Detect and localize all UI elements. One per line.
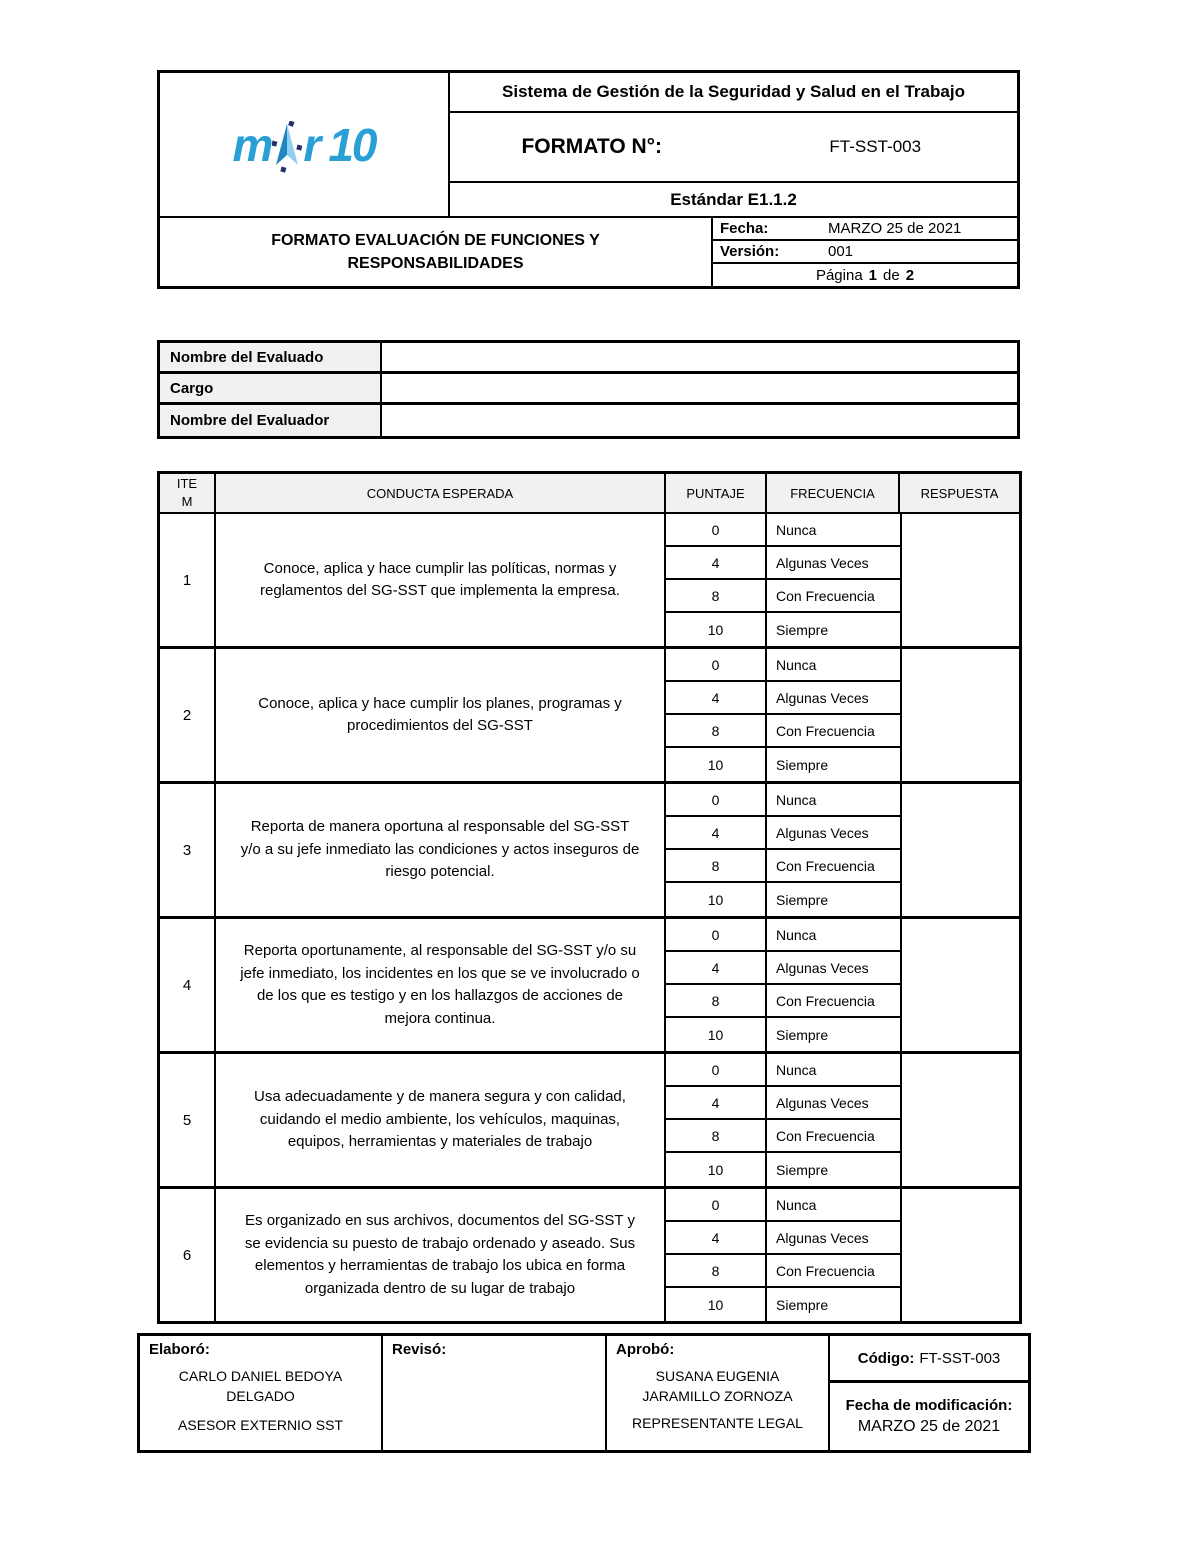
frequency-label: Con Frecuencia xyxy=(767,715,900,746)
response-cell[interactable] xyxy=(902,1189,1019,1321)
score-value: 4 xyxy=(666,682,767,713)
item-number: 6 xyxy=(160,1189,216,1321)
modification-date-label: Fecha de modificación: xyxy=(846,1395,1013,1416)
frequency-label: Algunas Veces xyxy=(767,817,900,848)
frequency-label: Nunca xyxy=(767,1054,900,1085)
standard-label: Estándar E1.1.2 xyxy=(450,183,1017,216)
score-value: 8 xyxy=(666,580,767,611)
score-scale: 0Nunca 4Algunas Veces 8Con Frecuencia 10… xyxy=(666,649,902,781)
score-value: 0 xyxy=(666,649,767,680)
format-number-label: FORMATO N°: xyxy=(450,135,734,159)
frequency-label: Algunas Veces xyxy=(767,1222,900,1253)
score-value: 4 xyxy=(666,547,767,578)
approved-by-label: Aprobó: xyxy=(616,1341,819,1358)
prepared-by-role: ASESOR EXTERNIO SST xyxy=(149,1417,372,1433)
score-value: 10 xyxy=(666,748,767,781)
modification-date-value: MARZO 25 de 2021 xyxy=(858,1416,1000,1438)
code-label: Código: xyxy=(858,1350,915,1367)
document-header-table: m r 10 Sistema de Gestión de la Segurida… xyxy=(157,70,1020,289)
frequency-label: Siempre xyxy=(767,1153,900,1186)
frequency-label: Siempre xyxy=(767,1288,900,1321)
frequency-label: Con Frecuencia xyxy=(767,1255,900,1286)
reviewed-by-label: Revisó: xyxy=(392,1341,596,1358)
item-conduct: Reporta oportunamente, al responsable de… xyxy=(216,919,666,1051)
item-number: 2 xyxy=(160,649,216,781)
frequency-label: Nunca xyxy=(767,784,900,815)
score-scale: 0Nunca 4Algunas Veces 8Con Frecuencia 10… xyxy=(666,1054,902,1186)
response-cell[interactable] xyxy=(902,1054,1019,1186)
score-value: 0 xyxy=(666,919,767,950)
document-page: { "header": { "system_title": "Sistema d… xyxy=(0,0,1200,1553)
score-value: 10 xyxy=(666,1288,767,1321)
approved-by-role: REPRESENTANTE LEGAL xyxy=(616,1415,819,1431)
frequency-label: Con Frecuencia xyxy=(767,580,900,611)
form-title: FORMATO EVALUACIÓN DE FUNCIONES Y RESPON… xyxy=(160,218,713,286)
score-scale: 0Nunca 4Algunas Veces 8Con Frecuencia 10… xyxy=(666,1189,902,1321)
version-row: Versión: 001 xyxy=(713,241,1017,264)
score-value: 8 xyxy=(666,1120,767,1151)
score-value: 0 xyxy=(666,1189,767,1220)
response-cell[interactable] xyxy=(902,514,1019,646)
frequency-label: Algunas Veces xyxy=(767,1087,900,1118)
prepared-by-name: CARLO DANIEL BEDOYA DELGADO xyxy=(161,1367,361,1406)
score-value: 0 xyxy=(666,784,767,815)
table-row: 3 Reporta de manera oportuna al responsa… xyxy=(160,784,1019,919)
evaluated-name-label: Nombre del Evaluado xyxy=(160,343,382,371)
frequency-label: Algunas Veces xyxy=(767,952,900,983)
date-row: Fecha: MARZO 25 de 2021 xyxy=(713,218,1017,241)
table-row: Nombre del Evaluado xyxy=(160,343,1017,374)
code-value: FT-SST-003 xyxy=(919,1350,1000,1367)
frequency-label: Siempre xyxy=(767,1018,900,1051)
score-value: 8 xyxy=(666,1255,767,1286)
response-cell[interactable] xyxy=(902,919,1019,1051)
response-cell[interactable] xyxy=(902,784,1019,916)
table-header-row: ITEM CONDUCTA ESPERADA PUNTAJE FRECUENCI… xyxy=(160,474,1019,514)
prepared-by-cell: Elaboró: CARLO DANIEL BEDOYA DELGADO ASE… xyxy=(140,1336,383,1450)
position-label: Cargo xyxy=(160,374,382,402)
modification-date-cell: Fecha de modificación: MARZO 25 de 2021 xyxy=(830,1383,1028,1450)
evaluation-table: ITEM CONDUCTA ESPERADA PUNTAJE FRECUENCI… xyxy=(157,471,1022,1324)
frequency-label: Nunca xyxy=(767,649,900,680)
identification-table: Nombre del Evaluado Cargo Nombre del Eva… xyxy=(157,340,1020,439)
column-header-conduct: CONDUCTA ESPERADA xyxy=(216,474,666,512)
approved-by-name: SUSANA EUGENIA JARAMILLO ZORNOZA xyxy=(630,1367,805,1406)
column-header-item: ITEM xyxy=(160,474,216,512)
score-scale: 0Nunca 4Algunas Veces 8Con Frecuencia 10… xyxy=(666,784,902,916)
evaluator-name-field[interactable] xyxy=(382,405,1017,436)
item-number: 4 xyxy=(160,919,216,1051)
score-value: 0 xyxy=(666,514,767,545)
logo-cell: m r 10 xyxy=(160,73,450,216)
mar10-logo: m r 10 xyxy=(233,119,376,171)
table-row: 2 Conoce, aplica y hace cumplir los plan… xyxy=(160,649,1019,784)
frequency-label: Con Frecuencia xyxy=(767,850,900,881)
score-value: 8 xyxy=(666,985,767,1016)
logo-text-r: r xyxy=(303,122,319,168)
evaluator-name-label: Nombre del Evaluador xyxy=(160,405,382,436)
prepared-by-label: Elaboró: xyxy=(149,1341,372,1358)
star-arrow-icon xyxy=(272,121,302,173)
item-number: 5 xyxy=(160,1054,216,1186)
column-header-response: RESPUESTA xyxy=(900,474,1019,512)
system-title: Sistema de Gestión de la Seguridad y Sal… xyxy=(450,73,1017,113)
response-cell[interactable] xyxy=(902,649,1019,781)
page-of: de xyxy=(883,267,900,284)
score-value: 10 xyxy=(666,613,767,646)
date-label: Fecha: xyxy=(720,220,828,237)
item-conduct: Es organizado en sus archivos, documento… xyxy=(216,1189,666,1321)
item-conduct: Conoce, aplica y hace cumplir los planes… xyxy=(216,649,666,781)
reviewed-by-cell: Revisó: xyxy=(383,1336,607,1450)
document-footer-table: Elaboró: CARLO DANIEL BEDOYA DELGADO ASE… xyxy=(137,1333,1031,1453)
frequency-label: Nunca xyxy=(767,919,900,950)
item-number: 1 xyxy=(160,514,216,646)
score-value: 10 xyxy=(666,883,767,916)
page-total: 2 xyxy=(906,267,914,284)
logo-text-m: m xyxy=(233,122,272,168)
logo-text-10: 10 xyxy=(328,122,375,168)
column-header-frequency: FRECUENCIA xyxy=(767,474,900,512)
page-number: 1 xyxy=(869,267,877,284)
score-value: 4 xyxy=(666,952,767,983)
version-label: Versión: xyxy=(720,243,828,260)
format-code: FT-SST-003 xyxy=(734,137,1018,157)
frequency-label: Algunas Veces xyxy=(767,547,900,578)
score-value: 4 xyxy=(666,817,767,848)
table-row: Cargo xyxy=(160,374,1017,405)
table-row: Nombre del Evaluador xyxy=(160,405,1017,436)
table-row: 6 Es organizado en sus archivos, documen… xyxy=(160,1189,1019,1321)
frequency-label: Con Frecuencia xyxy=(767,1120,900,1151)
table-row: 4 Reporta oportunamente, al responsable … xyxy=(160,919,1019,1054)
version-value: 001 xyxy=(828,243,853,260)
document-code-cell: Código: FT-SST-003 xyxy=(830,1336,1028,1383)
item-conduct: Reporta de manera oportuna al responsabl… xyxy=(216,784,666,916)
frequency-label: Siempre xyxy=(767,613,900,646)
score-value: 8 xyxy=(666,850,767,881)
table-row: 5 Usa adecuadamente y de manera segura y… xyxy=(160,1054,1019,1189)
evaluated-name-field[interactable] xyxy=(382,343,1017,371)
position-field[interactable] xyxy=(382,374,1017,402)
frequency-label: Algunas Veces xyxy=(767,682,900,713)
frequency-label: Siempre xyxy=(767,748,900,781)
score-scale: 0Nunca 4Algunas Veces 8Con Frecuencia 10… xyxy=(666,514,902,646)
item-conduct: Usa adecuadamente y de manera segura y c… xyxy=(216,1054,666,1186)
page-indicator: Página 1 de 2 xyxy=(713,264,1017,286)
score-value: 10 xyxy=(666,1153,767,1186)
score-value: 8 xyxy=(666,715,767,746)
score-scale: 0Nunca 4Algunas Veces 8Con Frecuencia 10… xyxy=(666,919,902,1051)
date-value: MARZO 25 de 2021 xyxy=(828,220,961,237)
page-prefix: Página xyxy=(816,267,863,284)
table-row: 1 Conoce, aplica y hace cumplir las polí… xyxy=(160,514,1019,649)
item-conduct: Conoce, aplica y hace cumplir las políti… xyxy=(216,514,666,646)
item-number: 3 xyxy=(160,784,216,916)
column-header-score: PUNTAJE xyxy=(666,474,767,512)
frequency-label: Nunca xyxy=(767,1189,900,1220)
score-value: 0 xyxy=(666,1054,767,1085)
approved-by-cell: Aprobó: SUSANA EUGENIA JARAMILLO ZORNOZA… xyxy=(607,1336,830,1450)
frequency-label: Nunca xyxy=(767,514,900,545)
score-value: 4 xyxy=(666,1222,767,1253)
frequency-label: Con Frecuencia xyxy=(767,985,900,1016)
frequency-label: Siempre xyxy=(767,883,900,916)
score-value: 4 xyxy=(666,1087,767,1118)
score-value: 10 xyxy=(666,1018,767,1051)
